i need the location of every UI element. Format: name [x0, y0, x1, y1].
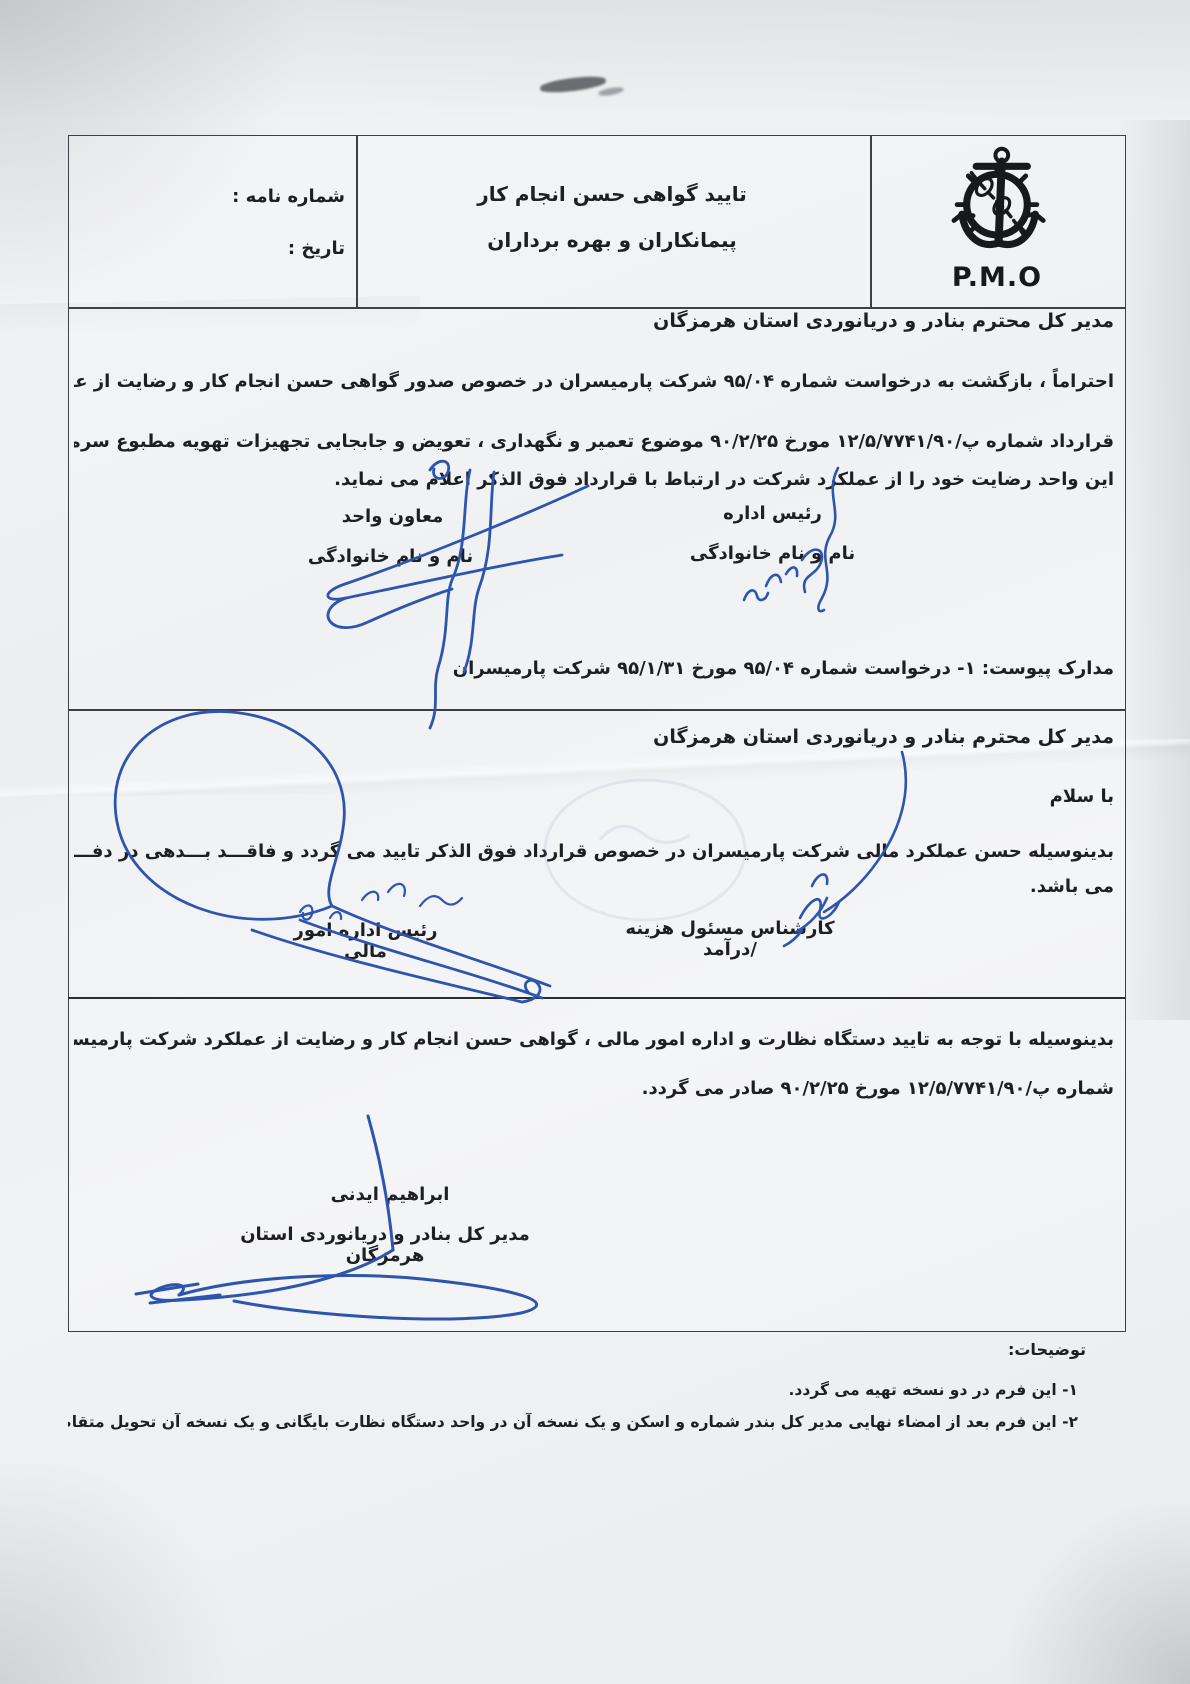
signatures-overlay	[0, 0, 1190, 1684]
signature-section3	[136, 1116, 537, 1319]
faint-stamp-ghost	[545, 780, 745, 920]
signature-section2-left	[115, 711, 550, 1002]
signature-section2-right	[784, 752, 906, 946]
signature-section1-right	[744, 468, 838, 611]
scanned-letter-sheet: شماره نامه : تاریخ : تایید گواهی حسن انج…	[0, 0, 1190, 1684]
signature-section1-left	[328, 461, 588, 728]
